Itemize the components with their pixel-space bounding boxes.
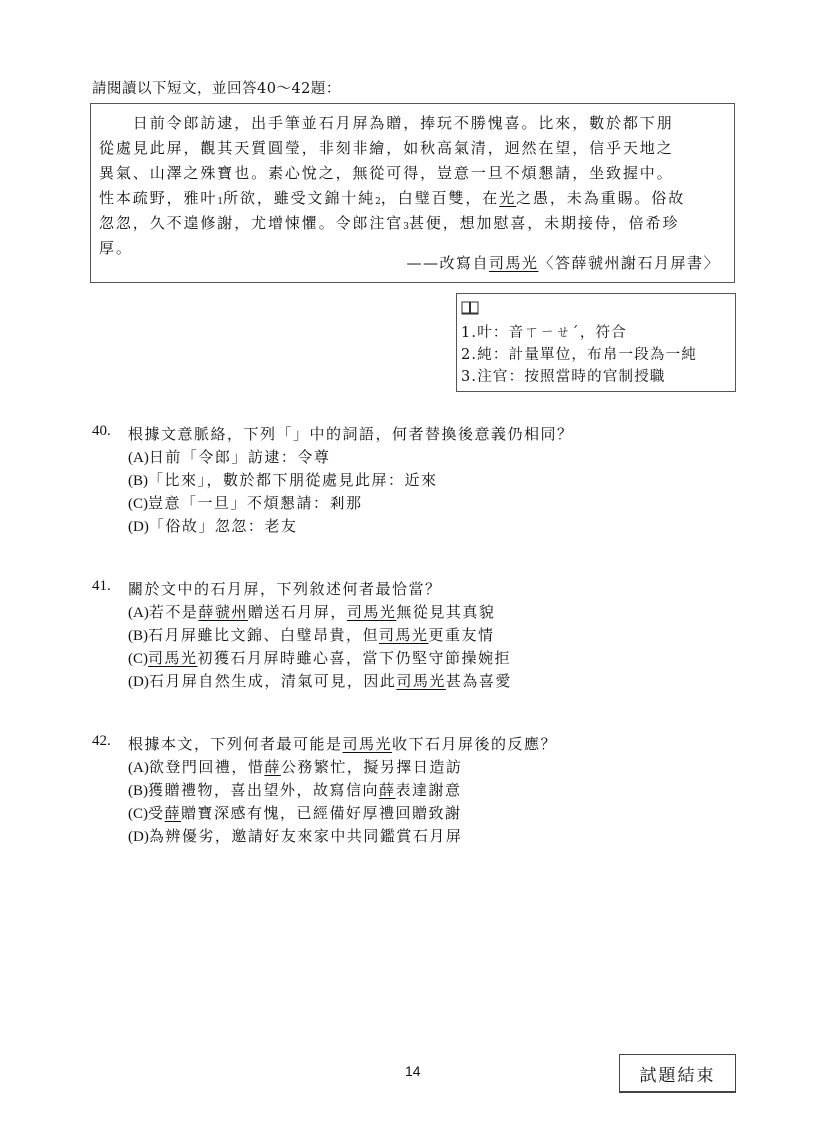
proper-noun: 司馬光	[343, 735, 393, 753]
text-segment: 甚為喜愛	[446, 672, 512, 690]
answer-option-b: (B)石月屏雖比文錦、白璧昂貴，但司馬光更重友情	[128, 624, 495, 645]
option-label: (D)	[128, 519, 149, 535]
question-stem: 關於文中的石月屏，下列敘述何者最恰當？	[128, 578, 442, 599]
answer-option-c: (C)受薛贈寶深感有愧，已經備好厚禮回贈致謝	[128, 802, 462, 823]
question-number: 40.	[92, 423, 111, 440]
passage-line: 異氣、山澤之殊寶也。素心悅之，無從可得，豈意一旦不煩懇請，坐致握中。	[99, 162, 729, 183]
text-segment: 日前令郎訪逮，出手筆並石月屏為贈，捧玩不勝愧喜。比來，數於都下朋	[99, 114, 674, 132]
question-number: 42.	[92, 733, 111, 750]
text-segment: 收下石月屏後的反應？	[392, 735, 557, 753]
gloss-item-3: 3.注官：按照當時的官制授職	[461, 366, 731, 388]
proper-noun: 光	[499, 189, 516, 207]
text-segment: 表達謝意	[396, 781, 462, 799]
option-label: (A)	[128, 450, 149, 466]
option-label: (D)	[128, 674, 149, 690]
text-segment: 「比來」，數於都下朋從處見此屏：近來	[148, 471, 438, 489]
answer-option-d: (D)「俗故」忽忽：老友	[128, 515, 297, 536]
answer-option-a: (A)若不是薛虢州贈送石月屏，司馬光無從見其真貌	[128, 601, 495, 622]
passage-source: ——改寫自司馬光〈答薛虢州謝石月屏書〉	[406, 252, 720, 273]
gloss-header	[461, 297, 731, 322]
passage-line: 忽忽，久不遑修謝，尤增悚懼。令郎注官3甚便，想加慰喜，未期接侍，倍希珍	[99, 212, 729, 233]
gloss-item-2: 2.純：計量單位，布帛一段為一純	[461, 344, 731, 366]
option-label: (D)	[128, 829, 149, 845]
text-segment: 性本疏野，雅叶	[99, 189, 217, 207]
text-segment: 更重友情	[429, 626, 495, 644]
text-segment: 厚。	[99, 239, 133, 257]
text-segment: 根據文意脈絡，下列「」中的詞語，何者替換後意義仍相同？	[128, 425, 574, 443]
option-label: (B)	[128, 783, 148, 799]
source-author: 司馬光	[489, 254, 539, 272]
text-segment: 所欲，雖受文錦十純	[223, 189, 375, 207]
text-segment: 贈送石月屏，	[248, 603, 347, 621]
question-stem: 根據本文，下列何者最可能是司馬光收下石月屏後的反應？	[128, 733, 557, 754]
text-segment: 無從見其真貌	[396, 603, 495, 621]
text-segment: 公務繁忙，擬另擇日造訪	[281, 758, 463, 776]
text-segment: 若不是	[149, 603, 199, 621]
option-label: (B)	[128, 473, 148, 489]
answer-option-b: (B)「比來」，數於都下朋從處見此屏：近來	[128, 469, 438, 490]
answer-option-a: (A)日前「令郎」訪逮：令尊	[128, 446, 330, 467]
proper-noun: 司馬光	[396, 672, 446, 690]
option-label: (C)	[128, 496, 148, 512]
passage-line: 從處見此屏，觀其天質圓瑩，非刻非繪，如秋高氣清，迥然在望，信乎天地之	[99, 137, 729, 158]
proper-noun: 薛虢州	[198, 603, 248, 621]
source-title: 〈答薛虢州謝石月屏書〉	[538, 254, 720, 272]
passage-box: 日前令郎訪逮，出手筆並石月屏為贈，捧玩不勝愧喜。比來，數於都下朋從處見此屏，觀其…	[90, 103, 735, 283]
text-segment: ，白璧百雙，在	[381, 189, 499, 207]
answer-option-c: (C)司馬光初獲石月屏時雖心喜，當下仍堅守節操婉拒	[128, 647, 511, 668]
text-segment: 石月屏雖比文錦、白璧昂貴，但	[148, 626, 379, 644]
gloss-item-1: 1.叶：音ㄒㄧㄝˊ，符合	[461, 322, 731, 344]
text-segment: 從處見此屏，觀其天質圓瑩，非刻非繪，如秋高氣清，迥然在望，信乎天地之	[99, 139, 674, 157]
text-segment: 根據本文，下列何者最可能是	[128, 735, 343, 753]
text-segment: 甚便，想加慰喜，未期接侍，倍希珍	[409, 214, 679, 232]
source-prefix: ——改寫自	[406, 254, 489, 272]
gloss-box: 1.叶：音ㄒㄧㄝˊ，符合 2.純：計量單位，布帛一段為一純 3.注官：按照當時的…	[456, 293, 736, 392]
text-segment: 欲登門回禮，惜	[149, 758, 265, 776]
answer-option-d: (D)為辨優劣，邀請好友來家中共同鑑賞石月屏	[128, 825, 462, 846]
answer-option-b: (B)獲贈禮物，喜出望外，故寫信向薛表達謝意	[128, 779, 462, 800]
text-segment: 受	[148, 804, 165, 822]
proper-noun: 薛	[379, 781, 396, 799]
option-label: (C)	[128, 806, 148, 822]
text-segment: 為辨優劣，邀請好友來家中共同鑑賞石月屏	[149, 827, 463, 845]
text-segment: 關於文中的石月屏，下列敘述何者最恰當？	[128, 580, 442, 598]
passage-line: 性本疏野，雅叶1所欲，雖受文錦十純2，白璧百雙，在光之愚，未為重賜。俗故	[99, 187, 729, 208]
text-segment: 石月屏自然生成，清氣可見，因此	[149, 672, 397, 690]
text-segment: 「俗故」忽忽：老友	[149, 517, 298, 535]
answer-option-d: (D)石月屏自然生成，清氣可見，因此司馬光甚為喜愛	[128, 670, 512, 691]
option-label: (B)	[128, 628, 148, 644]
text-segment: 異氣、山澤之殊寶也。素心悅之，無從可得，豈意一旦不煩懇請，坐致握中。	[99, 164, 674, 182]
book-icon	[461, 301, 479, 315]
answer-option-c: (C)豈意「一旦」不煩懇請：剎那	[128, 492, 363, 513]
option-label: (C)	[128, 651, 148, 667]
answer-option-a: (A)欲登門回禮，惜薛公務繁忙，擬另擇日造訪	[128, 756, 462, 777]
question-stem: 根據文意脈絡，下列「」中的詞語，何者替換後意義仍相同？	[128, 423, 574, 444]
question-number: 41.	[92, 578, 111, 595]
proper-noun: 司馬光	[148, 649, 198, 667]
page-number: 14	[405, 1063, 421, 1079]
text-segment: 忽忽，久不遑修謝，尤增悚懼。令郎注官	[99, 214, 403, 232]
proper-noun: 薛	[165, 804, 182, 822]
proper-noun: 司馬光	[347, 603, 397, 621]
proper-noun: 薛	[264, 758, 281, 776]
end-of-exam-box: 試題結束	[619, 1054, 736, 1093]
passage-line: 日前令郎訪逮，出手筆並石月屏為贈，捧玩不勝愧喜。比來，數於都下朋	[99, 112, 729, 133]
text-segment: 豈意「一旦」不煩懇請：剎那	[148, 494, 363, 512]
text-segment: 初獲石月屏時雖心喜，當下仍堅守節操婉拒	[198, 649, 512, 667]
option-label: (A)	[128, 760, 149, 776]
proper-noun: 司馬光	[379, 626, 429, 644]
text-segment: 獲贈禮物，喜出望外，故寫信向	[148, 781, 379, 799]
text-segment: 贈寶深感有愧，已經備好厚禮回贈致謝	[181, 804, 462, 822]
text-segment: 日前「令郎」訪逮：令尊	[149, 448, 331, 466]
text-segment: 之愚，未為重賜。俗故	[516, 189, 685, 207]
reading-instruction: 請閱讀以下短文，並回答40～42題：	[92, 77, 341, 98]
option-label: (A)	[128, 605, 149, 621]
end-label: 試題結束	[640, 1061, 716, 1086]
